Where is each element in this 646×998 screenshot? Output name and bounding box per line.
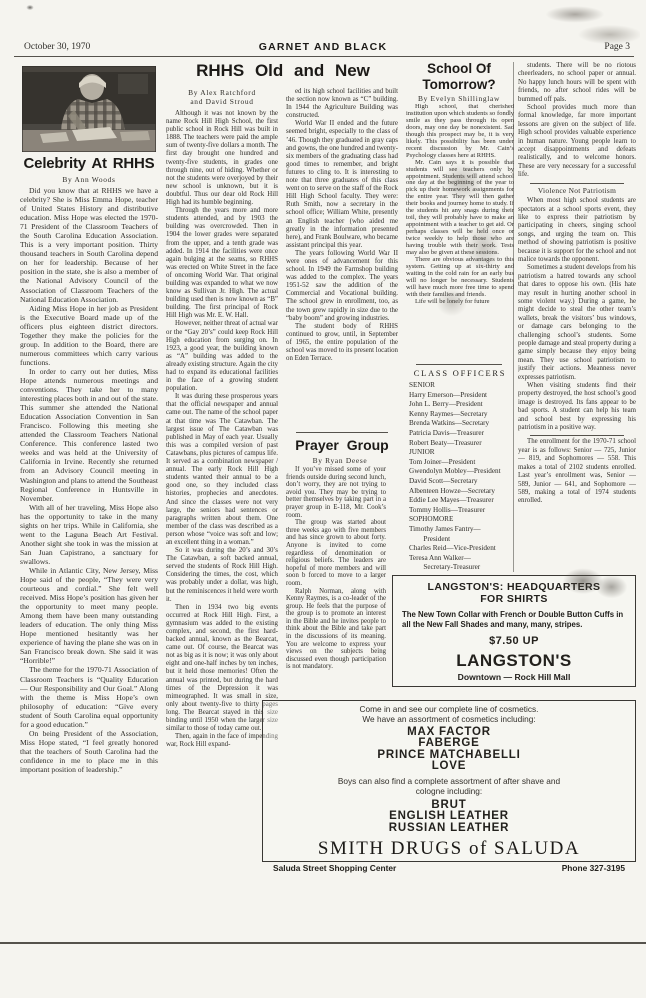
section-rule — [530, 435, 624, 436]
tomorrow-article-title-2: Tomorrow? — [406, 78, 512, 92]
tomorrow-article-body: High school, that cherished institution … — [406, 104, 514, 360]
langstons-ad-price: $7.50 UP — [393, 635, 635, 647]
article-paragraph: Through the years more and more students… — [166, 207, 278, 320]
officer-line: Robert Beaty—Treasurer — [409, 439, 517, 449]
article-paragraph: With all of her traveling, Miss Hope als… — [20, 503, 158, 566]
langstons-ad-headline-2: FOR SHIRTS — [393, 593, 635, 605]
article-paragraph: If you’ve missed some of your friends ou… — [286, 466, 386, 519]
langstons-ad-brand: LANGSTON'S — [393, 651, 635, 671]
rhhs-article-column-b: ed its high school facilities and built … — [286, 88, 398, 428]
bottom-rule — [0, 942, 646, 944]
celebrity-article-body: Did you know that at RHHS we have a cele… — [20, 186, 158, 866]
article-paragraph: The theme for the 1970-71 Association of… — [20, 665, 158, 728]
article-paragraph: When visiting students find their proper… — [518, 382, 636, 432]
violence-subhead: Violence Not Patriotism — [518, 187, 636, 195]
officer-line: Patricia Davis—Treasurer — [409, 429, 517, 439]
prayer-article-title: Prayer Group — [284, 438, 400, 453]
article-paragraph: Although it was not known by the name Ro… — [166, 110, 278, 207]
tomorrow-article-title-1: School Of — [406, 62, 512, 76]
brand-name: RUSSIAN LEATHER — [263, 823, 635, 835]
section-rule — [530, 183, 624, 184]
officer-line: President — [409, 535, 517, 545]
newspaper-page: October 30, 1970 GARNET AND BLACK Page 3 — [0, 0, 646, 998]
enrollment-paragraph: The enrollment for the 1970-71 school ye… — [518, 438, 636, 505]
langstons-ad: LANGSTON'S: HEADQUARTERS FOR SHIRTS The … — [392, 575, 636, 687]
smith-ad-boys-line-2: cologne including: — [263, 787, 635, 797]
officer-line: Secretary-Treasurer — [409, 563, 517, 573]
smith-ad-store-name: SMITH DRUGS of SALUDA — [263, 838, 635, 860]
officer-line: Kenny Raymes—Secretary — [409, 410, 517, 420]
officer-line: John L. Berry—President — [409, 400, 517, 410]
article-paragraph: Did you know that at RHHS we have a cele… — [20, 186, 158, 304]
smith-ad-cologne-brands: BRUTENGLISH LEATHERRUSSIAN LEATHER — [263, 800, 635, 835]
photo-emma-hope — [22, 66, 156, 152]
column-divider — [513, 62, 514, 572]
rhhs-article-byline-2: and David Stroud — [166, 97, 278, 106]
continuation-column: students. There will be no riotous cheer… — [518, 62, 636, 574]
article-paragraph: The student body of RHHS continued to gr… — [286, 323, 398, 363]
officer-line: Brenda Watkins—Secretary — [409, 419, 517, 429]
article-paragraph: When most high school students are spect… — [518, 197, 636, 264]
article-paragraph: ed its high school facilities and built … — [286, 88, 398, 120]
article-paragraph: World War II ended and the future seemed… — [286, 120, 398, 250]
officer-line: Albenteen Howze—Secretary — [409, 487, 517, 497]
prayer-article-byline: By Ryan Deese — [286, 456, 394, 465]
article-paragraph: Life will be lonely for future — [406, 299, 514, 306]
article-paragraph: So it was during the 20’s and 30’s The C… — [166, 547, 278, 604]
article-paragraph: There are obvious advantages to this sys… — [406, 257, 514, 299]
smudge — [24, 3, 36, 12]
officer-line: Harry Emerson—President — [409, 391, 517, 401]
article-paragraph: Ralph Norman, along with Kenny Raymes, i… — [286, 588, 386, 672]
page-number: Page 3 — [604, 42, 630, 52]
officer-line: SENIOR — [409, 381, 517, 391]
officer-line: Timothy James Fantry— — [409, 525, 517, 535]
officer-line: Teresa Ann Walker— — [409, 554, 517, 564]
article-paragraph: However, neither threat of actual war or… — [166, 320, 278, 393]
tomorrow-article-byline: By Evelyn Shillinglaw — [406, 94, 512, 103]
officer-line: Tommy Hollis—Treasurer — [409, 506, 517, 516]
smith-drugs-ad: Come in and see our complete line of cos… — [262, 700, 636, 862]
article-paragraph: While in Atlantic City, New Jersey, Miss… — [20, 566, 158, 666]
violence-body: When most high school students are spect… — [518, 197, 636, 432]
celebrity-article-title: Celebrity At RHHS — [16, 156, 162, 172]
header-rule — [14, 56, 634, 57]
officer-line: Charles Reid—Vice-President — [409, 544, 517, 554]
article-paragraph: Sometimes a student develops from his pa… — [518, 264, 636, 382]
section-rule — [296, 432, 388, 433]
langstons-ad-headline: LANGSTON'S: HEADQUARTERS — [393, 581, 635, 593]
rhhs-article-title: RHHS Old and New — [164, 62, 402, 80]
officer-line: David Scott—Secretary — [409, 477, 517, 487]
class-officers-heading: CLASS OFFICERS — [406, 369, 514, 378]
article-paragraph: High school, that cherished institution … — [406, 104, 514, 160]
langstons-ad-body: The New Town Collar with French or Doubl… — [402, 610, 626, 629]
officer-line: Tom Joiner—President — [409, 458, 517, 468]
smith-ad-intro-2: We have an assortment of cosmetics inclu… — [263, 715, 635, 725]
smith-ad-address: Saluda Street Shopping Center — [273, 863, 396, 873]
continuation-top: students. There will be no riotous cheer… — [518, 62, 636, 180]
class-officers-list: SENIORHarry Emerson—PresidentJohn L. Ber… — [409, 381, 517, 577]
officer-line: SOPHOMORE — [409, 515, 517, 525]
article-paragraph: The group was started about three weeks … — [286, 519, 386, 587]
brand-name: LOVE — [263, 761, 635, 773]
officer-line: Eddie Lee Mayes—Treasurer — [409, 496, 517, 506]
langstons-ad-footer: Downtown — Rock Hill Mall — [393, 672, 635, 682]
article-paragraph: Aiding Miss Hope in her job as President… — [20, 304, 158, 367]
section-rule — [416, 364, 502, 365]
celebrity-article-byline: By Ann Woods — [20, 175, 158, 184]
article-paragraph: School provides much more than formal kn… — [518, 104, 636, 180]
officer-line: Gwendolyn Mobley—President — [409, 467, 517, 477]
article-paragraph: The years following World War II were on… — [286, 250, 398, 323]
officer-line: JUNIOR — [409, 448, 517, 458]
rhhs-article-byline-1: By Alex Ratchford — [166, 88, 278, 97]
smith-ad-phone: Phone 327-3195 — [562, 863, 625, 873]
article-paragraph: Mr. Cain says it is possible that studen… — [406, 160, 514, 257]
article-paragraph: students. There will be no riotous cheer… — [518, 62, 636, 104]
masthead-title: GARNET AND BLACK — [0, 41, 646, 53]
smith-ad-cosmetic-brands: MAX FACTORFABERGEPRINCE MATCHABELLILOVE — [263, 727, 635, 773]
prayer-article-body: If you’ve missed some of your friends ou… — [286, 466, 386, 688]
article-paragraph: On being President of the Association, M… — [20, 729, 158, 774]
article-paragraph: It was during these prosperous years tha… — [166, 393, 278, 547]
article-paragraph: In order to carry out her duties, Miss H… — [20, 367, 158, 503]
